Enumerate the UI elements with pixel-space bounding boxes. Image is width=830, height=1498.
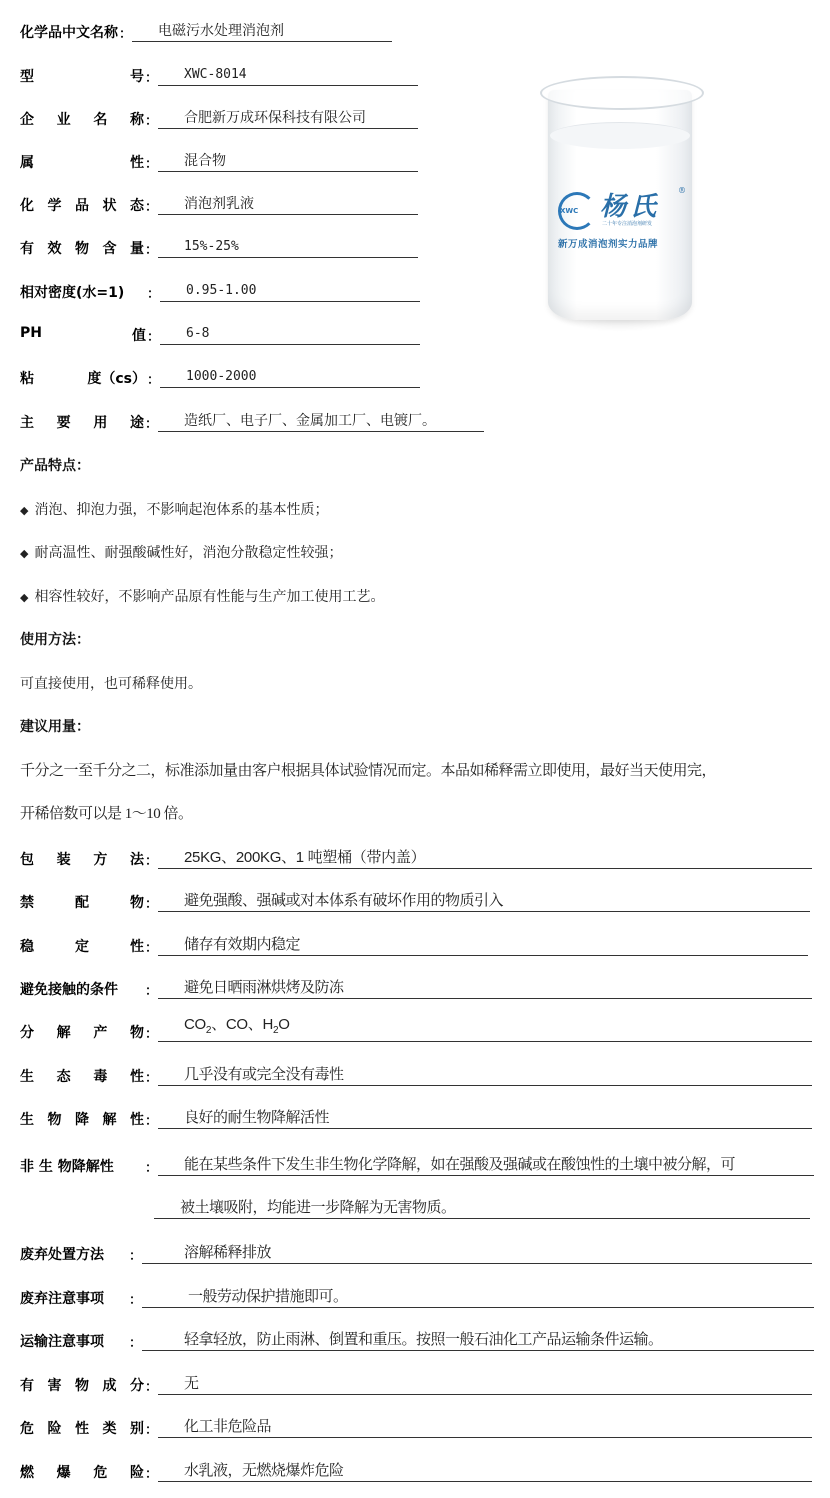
diamond-bullet-icon: ◆: [20, 591, 28, 604]
field-label: 有害物成分: [20, 1375, 144, 1395]
field-value: 轻拿轻放，防止雨淋、倒置和重压。按照一般石油化工产品运输条件运输。: [142, 1331, 814, 1351]
field-label: 型 号: [20, 66, 144, 86]
field-value: 水乳液，无燃烧爆炸危险: [158, 1462, 812, 1482]
field-value: 25KG、200KG、1 吨塑桶（带内盖）: [158, 849, 812, 869]
field-value: 几乎没有或完全没有毒性: [158, 1066, 812, 1086]
field-value: 6-8: [160, 325, 420, 345]
field-value: 1000-2000: [160, 368, 420, 388]
field-model: 型 号： XWC-8014: [20, 62, 418, 86]
field-value: 无: [158, 1375, 812, 1395]
brand-slogan: 新万成消泡剂实力品牌: [558, 236, 658, 250]
field-value: 避免强酸、强碱或对本体系有破坏作用的物质引入: [158, 892, 810, 912]
field-label: PH值: [20, 325, 146, 345]
field-label: 主要用途: [20, 412, 144, 432]
brand-name: 杨氏: [600, 186, 660, 223]
field-label: 生物降解性: [20, 1109, 144, 1129]
field-label: 分解产物: [20, 1022, 144, 1042]
field-property: 属 性： 混合物: [20, 148, 418, 172]
feature-item: ◆相容性较好，不影响产品原有性能与生产加工使用工艺。: [20, 586, 384, 606]
logo-text: XWC: [560, 207, 578, 215]
field-label: 包装方法: [20, 849, 144, 869]
field-value: 一般劳动保护措施即可。: [142, 1288, 814, 1308]
field-label: 避免接触的条件: [20, 979, 144, 999]
field-incompatible: 禁配物： 避免强酸、强碱或对本体系有破坏作用的物质引入: [20, 888, 810, 912]
field-value: 电磁污水处理消泡剂: [132, 22, 392, 42]
field-active-content: 有效物含量： 15%-25%: [20, 234, 418, 258]
field-stability: 稳定性： 储存有效期内稳定: [20, 932, 808, 956]
field-label: 废弃处置方法: [20, 1244, 128, 1264]
dosage-text-line2: 开稀倍数可以是 1～10 倍。: [20, 802, 193, 823]
field-label: 相对密度(水=1): [20, 282, 146, 302]
field-label: 危险性类别: [20, 1418, 144, 1438]
field-label: 运输注意事项: [20, 1331, 128, 1351]
field-value-line2: 被土壤吸附，均能进一步降解为无害物质。: [154, 1199, 810, 1219]
field-label: 生态毒性: [20, 1066, 144, 1086]
field-chemical-name: 化学品中文名称： 电磁污水处理消泡剂: [20, 18, 392, 42]
feature-item: ◆消泡、抑泡力强，不影响起泡体系的基本性质；: [20, 499, 328, 519]
field-viscosity: 粘度（cs） ： 1000-2000: [20, 364, 420, 388]
field-value: 化工非危险品: [158, 1418, 812, 1438]
field-value: 15%-25%: [158, 238, 418, 258]
field-abiotic-degradability-cont: 被土壤吸附，均能进一步降解为无害物质。: [154, 1195, 810, 1219]
field-avoid-conditions: 避免接触的条件： 避免日晒雨淋烘烤及防冻: [20, 975, 812, 999]
dosage-text-line1: 千分之一至千分之二，标准添加量由客户根据具体试验情况而定。本品如稀释需立即使用，…: [20, 759, 716, 780]
field-label: 有效物含量: [20, 238, 144, 258]
field-label: 化学品中文名称: [20, 22, 118, 42]
field-value: XWC-8014: [158, 66, 418, 86]
field-value: 合肥新万成环保科技有限公司: [158, 109, 418, 129]
feature-item: ◆耐高温性、耐强酸碱性好，消泡分散稳定性较强；: [20, 542, 342, 562]
beaker-rim: [540, 76, 704, 110]
field-decomposition: 分解产物： CO2、CO、H2O: [20, 1018, 812, 1042]
field-main-use: 主要用途： 造纸厂、电子厂、金属加工厂、电镀厂。: [20, 408, 484, 432]
diamond-bullet-icon: ◆: [20, 547, 28, 560]
field-value: 良好的耐生物降解活性: [158, 1109, 812, 1129]
features-heading: 产品特点：: [20, 455, 90, 475]
field-label: 稳定性: [20, 936, 144, 956]
field-value: 消泡剂乳液: [158, 195, 418, 215]
field-label: 属 性: [20, 152, 144, 172]
field-state: 化学品状态： 消泡剂乳液: [20, 191, 418, 215]
dosage-heading: 建议用量：: [20, 716, 90, 736]
field-company: 企业名称： 合肥新万成环保科技有限公司: [20, 105, 418, 129]
field-biodegradability: 生物降解性： 良好的耐生物降解活性: [20, 1105, 812, 1129]
field-abiotic-degradability: 非 生 物降解性： 能在某些条件下发生非生物化学降解，如在强酸及强碱或在酸蚀性的…: [20, 1152, 814, 1176]
field-disposal-notes: 废弃注意事项： 一般劳动保护措施即可。: [20, 1284, 814, 1308]
field-density: 相对密度(水=1)： 0.95-1.00: [20, 278, 420, 302]
field-transport-notes: 运输注意事项： 轻拿轻放，防止雨淋、倒置和重压。按照一般石油化工产品运输条件运输…: [20, 1327, 814, 1351]
field-eco-toxicity: 生态毒性： 几乎没有或完全没有毒性: [20, 1062, 812, 1086]
liquid-surface: [550, 122, 690, 149]
field-value: 混合物: [158, 152, 418, 172]
field-label: 粘度（cs）: [20, 368, 146, 388]
field-value: 溶解稀释排放: [142, 1244, 812, 1264]
field-hazard-class: 危险性类别： 化工非危险品: [20, 1414, 812, 1438]
field-explosion-hazard: 燃爆危险： 水乳液，无燃烧爆炸危险: [20, 1458, 812, 1482]
field-label: 企业名称: [20, 109, 144, 129]
field-label: 非 生 物降解性: [20, 1156, 144, 1176]
field-disposal-method: 废弃处置方法： 溶解稀释排放: [20, 1240, 812, 1264]
field-hazardous-components: 有害物成分： 无: [20, 1371, 812, 1395]
field-value: CO2、CO、H2O: [158, 1016, 812, 1042]
registered-icon: ®: [678, 186, 686, 195]
field-ph: PH值 ： 6-8: [20, 321, 420, 345]
field-label: 废弃注意事项: [20, 1288, 128, 1308]
field-value: 造纸厂、电子厂、金属加工厂、电镀厂。: [158, 412, 484, 432]
brand-tagline: 二十年专注消泡剂研发: [602, 220, 652, 227]
field-packaging: 包装方法： 25KG、200KG、1 吨塑桶（带内盖）: [20, 845, 812, 869]
usage-text: 可直接使用，也可稀释使用。: [20, 673, 202, 693]
field-value: 0.95-1.00: [160, 282, 420, 302]
product-image: XWC 杨氏 ® 二十年专注消泡剂研发 新万成消泡剂实力品牌: [540, 62, 700, 332]
usage-heading: 使用方法：: [20, 629, 90, 649]
diamond-bullet-icon: ◆: [20, 504, 28, 517]
field-label: 化学品状态: [20, 195, 144, 215]
field-value-line1: 能在某些条件下发生非生物化学降解，如在强酸及强碱或在酸蚀性的土壤中被分解，可: [158, 1156, 814, 1176]
field-label: 燃爆危险: [20, 1462, 144, 1482]
field-value: 储存有效期内稳定: [158, 936, 808, 956]
field-value: 避免日晒雨淋烘烤及防冻: [158, 979, 812, 999]
field-label: 禁配物: [20, 892, 144, 912]
